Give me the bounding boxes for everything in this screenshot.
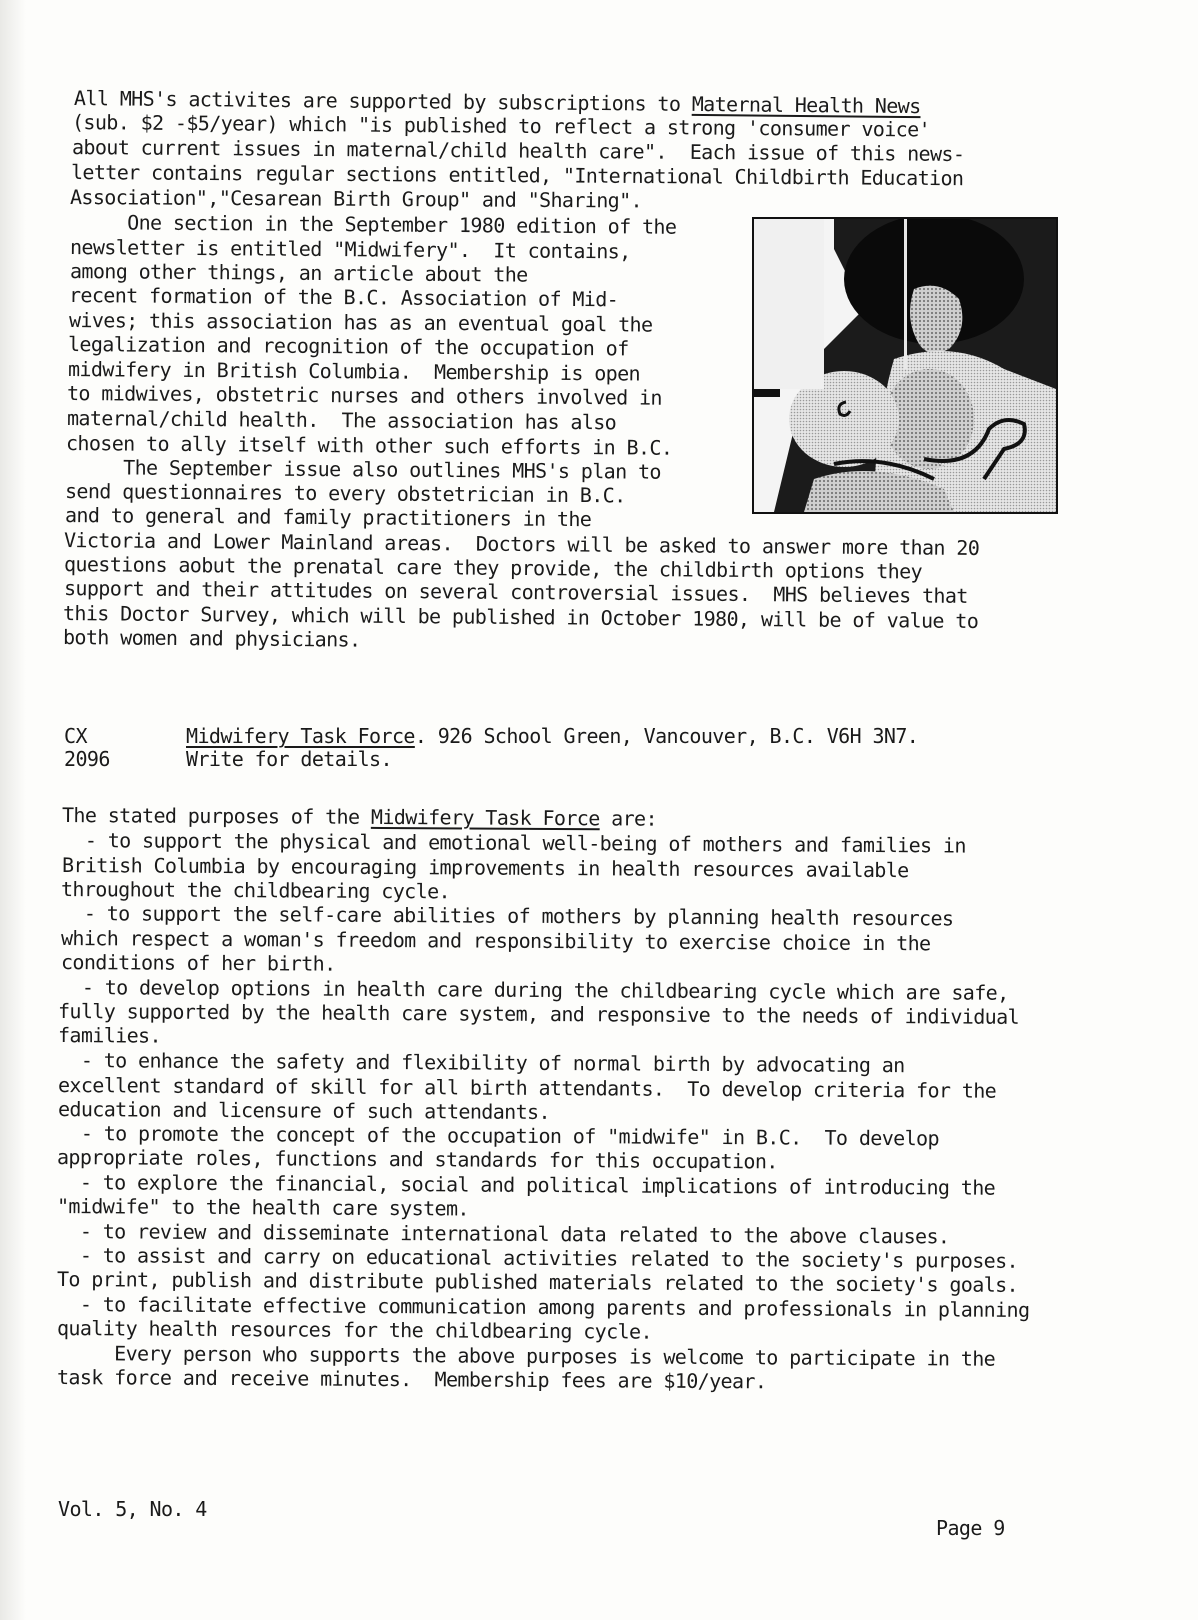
- scan-page-edge: [0, 0, 26, 1620]
- illustration-image-icon: [754, 219, 1056, 512]
- text-run: quality health resources for the childbe…: [57, 1316, 652, 1344]
- text-run: The stated purposes of the: [62, 803, 371, 829]
- entry-heading: Midwifery Task Force. 926 School Green, …: [186, 724, 918, 748]
- purposes-line: conditions of her birth.: [61, 950, 336, 976]
- text-run: "midwife" to the health care system.: [57, 1194, 469, 1221]
- purposes-line: The stated purposes of the Midwifery Tas…: [62, 803, 657, 831]
- text-run: are:: [600, 806, 657, 830]
- text-run: fully supported by the health care syste…: [58, 999, 1019, 1029]
- text-run: legalization and recognition of the occu…: [68, 332, 629, 360]
- text-run: conditions of her birth.: [61, 950, 336, 976]
- breastfeeding-illustration: [752, 217, 1058, 514]
- text-run: to midwives, obstetric nurses and others…: [67, 381, 662, 410]
- intro-line: maternal/child health. The association h…: [67, 406, 616, 434]
- text-run: maternal/child health. The association h…: [67, 406, 616, 434]
- entry-code-prefix: CX: [64, 724, 87, 748]
- entry-code-number: 2096: [64, 747, 110, 771]
- purposes-line: appropriate roles, functions and standar…: [57, 1145, 778, 1173]
- entry-note: Write for details.: [186, 747, 392, 771]
- text-run: among other things, an article about the: [70, 259, 528, 287]
- purposes-line: "midwife" to the health care system.: [57, 1194, 469, 1221]
- text-run: families.: [58, 1023, 161, 1048]
- underlined-title: Maternal Health News: [692, 92, 921, 118]
- text-run: recent formation of the B.C. Association…: [69, 283, 618, 311]
- purposes-line: education and licensure of such attendan…: [58, 1097, 550, 1124]
- text-run: throughout the childbearing cycle.: [61, 877, 450, 903]
- intro-line: to midwives, obstetric nurses and others…: [67, 381, 662, 410]
- purposes-line: throughout the childbearing cycle.: [61, 877, 450, 903]
- text-run: One section in the September 1980 editio…: [70, 210, 677, 239]
- text-run: appropriate roles, functions and standar…: [57, 1145, 778, 1173]
- purposes-line: fully supported by the health care syste…: [58, 999, 1019, 1029]
- purposes-line: task force and receive minutes. Membersh…: [57, 1365, 766, 1393]
- underlined-title: Midwifery Task Force: [371, 805, 600, 830]
- text-run: education and licensure of such attendan…: [58, 1097, 550, 1124]
- entry-org-name: Midwifery Task Force: [186, 724, 415, 748]
- purposes-line: quality health resources for the childbe…: [57, 1316, 652, 1344]
- volume-number: Vol. 5, No. 4: [58, 1497, 207, 1521]
- text-run: and to general and family practitioners …: [65, 503, 591, 531]
- intro-line: One section in the September 1980 editio…: [70, 210, 677, 239]
- intro-line: legalization and recognition of the occu…: [68, 332, 629, 360]
- purposes-line: families.: [58, 1023, 161, 1048]
- text-run: task force and receive minutes. Membersh…: [57, 1365, 766, 1393]
- intro-line: among other things, an article about the: [70, 259, 528, 287]
- intro-line: both women and physicians.: [63, 625, 361, 652]
- intro-line: Association","Cesarean Birth Group" and …: [70, 185, 642, 212]
- text-run: Association","Cesarean Birth Group" and …: [70, 185, 642, 212]
- page-number: Page 9: [936, 1516, 1005, 1540]
- entry-address: . 926 School Green, Vancouver, B.C. V6H …: [415, 724, 918, 748]
- intro-line: and to general and family practitioners …: [65, 503, 591, 531]
- intro-line: recent formation of the B.C. Association…: [69, 283, 618, 311]
- text-run: both women and physicians.: [63, 625, 361, 652]
